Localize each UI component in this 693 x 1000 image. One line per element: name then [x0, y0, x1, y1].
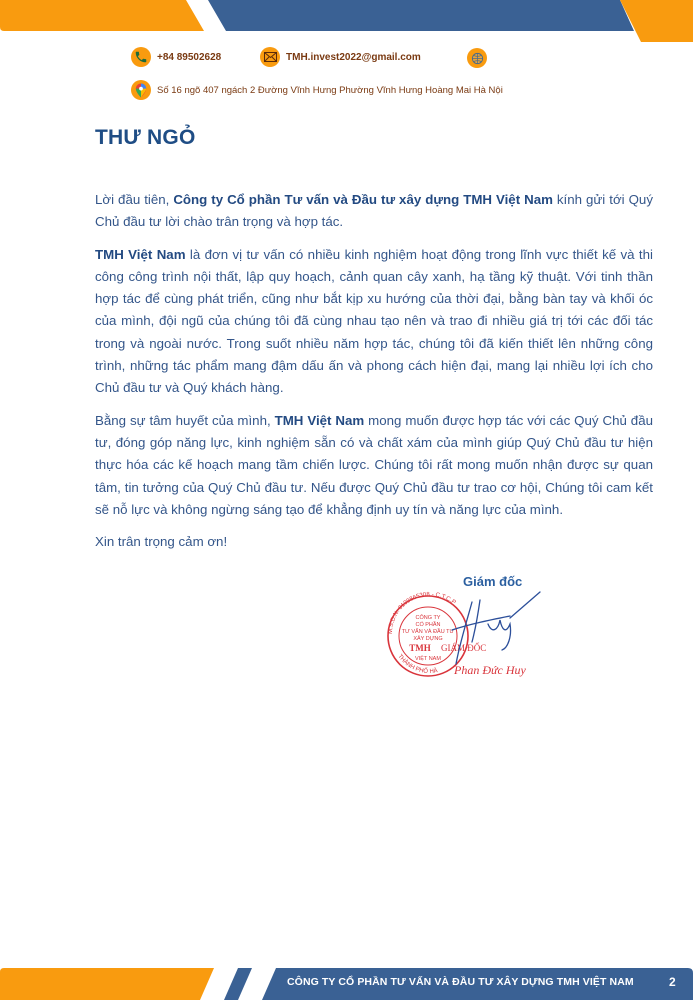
header-orange-corner — [620, 0, 693, 42]
phone-number: +84 89502628 — [157, 52, 221, 63]
paragraph-introduction: TMH Việt Nam là đơn vị tư vấn có nhiều k… — [95, 244, 653, 400]
signature-block: M.S.D.N: 0109865308 - C.T.C.P THÀNH PHỐ … — [380, 572, 570, 692]
text-segment: Bằng sự tâm huyết của mình, — [95, 413, 275, 428]
svg-text:CỔ PHẦN: CỔ PHẦN — [415, 621, 440, 628]
header-banner — [0, 0, 693, 45]
contact-address: Số 16 ngõ 407 ngách 2 Đường Vĩnh Hưng Ph… — [131, 80, 503, 100]
paragraph-greeting: Lời đầu tiên, Công ty Cổ phần Tư vấn và … — [95, 189, 653, 234]
page-title: THƯ NGỎ — [95, 126, 195, 150]
svg-text:CÔNG TY: CÔNG TY — [416, 614, 441, 621]
envelope-icon — [260, 47, 280, 67]
svg-text:GIÁM ĐỐC: GIÁM ĐỐC — [441, 643, 486, 653]
page-number: 2 — [669, 975, 676, 989]
header-orange-band — [0, 0, 204, 31]
company-stamp: M.S.D.N: 0109865308 - C.T.C.P THÀNH PHỐ … — [380, 572, 570, 692]
svg-text:VIỆT NAM: VIỆT NAM — [415, 654, 441, 662]
phone-icon — [131, 47, 151, 67]
svg-text:Phan Đức Huy: Phan Đức Huy — [453, 663, 527, 677]
svg-text:TƯ VẤN VÀ ĐẦU TƯ: TƯ VẤN VÀ ĐẦU TƯ — [402, 628, 455, 635]
footer-blue-stripe — [224, 968, 252, 1000]
header-blue-band — [208, 0, 634, 31]
paragraph-closing: Xin trân trọng cảm ơn! — [95, 531, 653, 553]
paragraph-commitment: Bằng sự tâm huyết của mình, TMH Việt Nam… — [95, 410, 653, 521]
text-segment: mong muốn được hợp tác với các Quý Chủ đ… — [95, 413, 653, 517]
contact-email[interactable]: TMH.invest2022@gmail.com — [260, 47, 421, 67]
text-segment: Lời đầu tiên, — [95, 192, 173, 207]
address-text: Số 16 ngõ 407 ngách 2 Đường Vĩnh Hưng Ph… — [157, 85, 503, 96]
footer-orange-band — [0, 968, 214, 1000]
globe-icon — [467, 48, 487, 68]
email-address: TMH.invest2022@gmail.com — [286, 52, 421, 63]
contact-website[interactable] — [467, 48, 487, 68]
company-short-name: TMH Việt Nam — [275, 413, 365, 428]
text-segment: Xin trân trọng cảm ơn! — [95, 534, 227, 549]
letter-body: Lời đầu tiên, Công ty Cổ phần Tư vấn và … — [95, 189, 653, 563]
svg-text:XÂY DỰNG: XÂY DỰNG — [413, 635, 442, 642]
map-pin-icon — [131, 80, 151, 100]
text-segment: là đơn vị tư vấn có nhiều kinh nghiệm ho… — [95, 247, 653, 396]
footer-company-name: CÔNG TY CỔ PHẦN TƯ VẤN VÀ ĐẦU TƯ XÂY DỰN… — [287, 976, 634, 988]
contact-phone[interactable]: +84 89502628 — [131, 47, 221, 67]
svg-text:TMH: TMH — [409, 643, 431, 653]
company-name: Công ty Cổ phần Tư vấn và Đầu tư xây dựn… — [173, 192, 553, 207]
signature-title: Giám đốc — [463, 574, 522, 589]
company-short-name: TMH Việt Nam — [95, 247, 186, 262]
